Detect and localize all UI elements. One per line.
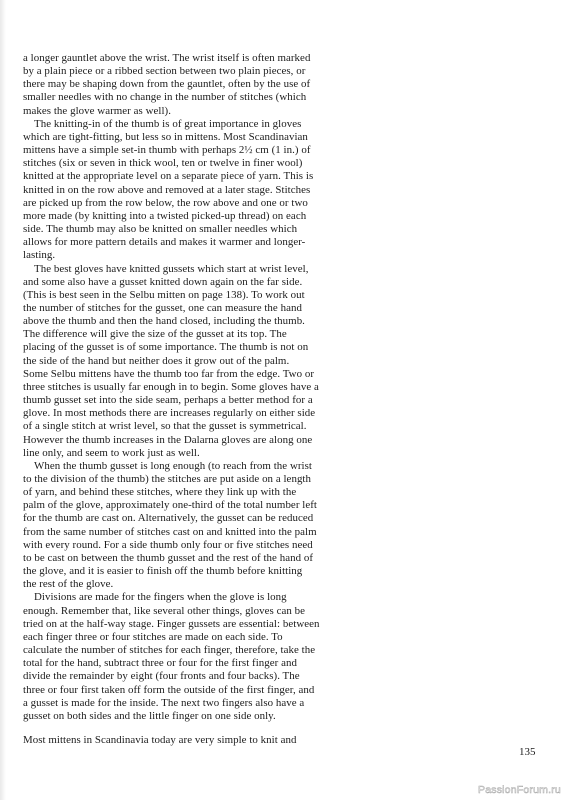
text-line: When the thumb gusset is long enough (to… [23, 460, 343, 473]
text-line: by a plain piece or a ribbed section bet… [23, 65, 343, 78]
text-line: from the same number of stitches cast on… [23, 526, 343, 539]
scan-edge-shadow [0, 0, 6, 800]
text-line: The best gloves have knitted gussets whi… [23, 263, 343, 276]
text-line: mittens have a simple set-in thumb with … [23, 144, 343, 157]
body-text: a longer gauntlet above the wrist. The w… [23, 52, 343, 747]
text-line: enough. Remember that, like several othe… [23, 605, 343, 618]
text-line: of yarn, and behind these stitches, wher… [23, 486, 343, 499]
text-line: placing of the gusset is of some importa… [23, 341, 343, 354]
text-line: calculate the number of stitches for eac… [23, 644, 343, 657]
text-line: to be cast on between the thumb gusset a… [23, 552, 343, 565]
paragraph-gauntlet: a longer gauntlet above the wrist. The w… [23, 52, 343, 118]
text-line: side. The thumb may also be knitted on s… [23, 223, 343, 236]
text-line: tried on at the half-way stage. Finger g… [23, 618, 343, 631]
text-line: more made (by knitting into a twisted pi… [23, 210, 343, 223]
text-line: for the thumb are cast on. Alternatively… [23, 512, 343, 525]
text-line: glove. In most methods there are increas… [23, 407, 343, 420]
text-line: knitted in on the row above and removed … [23, 184, 343, 197]
text-line: with every round. For a side thumb only … [23, 539, 343, 552]
watermark: PassionForum.ru [478, 784, 561, 796]
text-line: each finger three or four stitches are m… [23, 631, 343, 644]
text-line: gusset on both sides and the little fing… [23, 710, 343, 723]
text-line: lasting. [23, 249, 343, 262]
text-line: Some Selbu mittens have the thumb too fa… [23, 368, 343, 381]
paragraph-thumb-gusset: When the thumb gusset is long enough (to… [23, 460, 343, 592]
text-line: However the thumb increases in the Dalar… [23, 434, 343, 447]
text-line: smaller needles with no change in the nu… [23, 91, 343, 104]
text-line: the side of the hand but neither does it… [23, 355, 343, 368]
text-line: the number of stitches for the gusset, o… [23, 302, 343, 315]
text-line: are picked up from the row below, the ro… [23, 197, 343, 210]
text-line: above the thumb and then the hand closed… [23, 315, 343, 328]
text-line: a longer gauntlet above the wrist. The w… [23, 52, 343, 65]
text-line: the rest of the glove. [23, 578, 343, 591]
text-line: The knitting-in of the thumb is of great… [23, 118, 343, 131]
text-line: which are tight-fitting, but less so in … [23, 131, 343, 144]
text-line: a gusset is made for the inside. The nex… [23, 697, 343, 710]
text-line: total for the hand, subtract three or fo… [23, 657, 343, 670]
text-line: palm of the glove, approximately one-thi… [23, 499, 343, 512]
text-line: to the division of the thumb) the stitch… [23, 473, 343, 486]
text-line: thumb gusset set into the side seam, per… [23, 394, 343, 407]
text-line: (This is best seen in the Selbu mitten o… [23, 289, 343, 302]
text-line: allows for more pattern details and make… [23, 236, 343, 249]
text-line: three stitches is usually far enough in … [23, 381, 343, 394]
text-line: there may be shaping down from the gaunt… [23, 78, 343, 91]
section-gap [23, 723, 343, 734]
paragraph-thumb-knitting: The knitting-in of the thumb is of great… [23, 118, 343, 263]
text-line: makes the glove warmer as well). [23, 105, 343, 118]
text-line: divide the remainder by eight (four fron… [23, 670, 343, 683]
paragraph-scandinavian-mittens: Most mittens in Scandinavia today are ve… [23, 734, 343, 747]
text-line: line only, and seem to work just as well… [23, 447, 343, 460]
text-line: Most mittens in Scandinavia today are ve… [23, 734, 343, 747]
text-line: The difference will give the size of the… [23, 328, 343, 341]
text-line: and some also have a gusset knitted down… [23, 276, 343, 289]
text-line: knitted at the appropriate level on a se… [23, 170, 343, 183]
text-line: stitches (six or seven in thick wool, te… [23, 157, 343, 170]
text-line: Divisions are made for the fingers when … [23, 591, 343, 604]
paragraph-finger-divisions: Divisions are made for the fingers when … [23, 591, 343, 723]
page-number: 135 [519, 746, 536, 758]
text-line: of a single stitch at wrist level, so th… [23, 420, 343, 433]
text-line: three or four first taken off form the o… [23, 684, 343, 697]
paragraph-gussets: The best gloves have knitted gussets whi… [23, 263, 343, 460]
text-line: the glove, and it is easier to finish of… [23, 565, 343, 578]
